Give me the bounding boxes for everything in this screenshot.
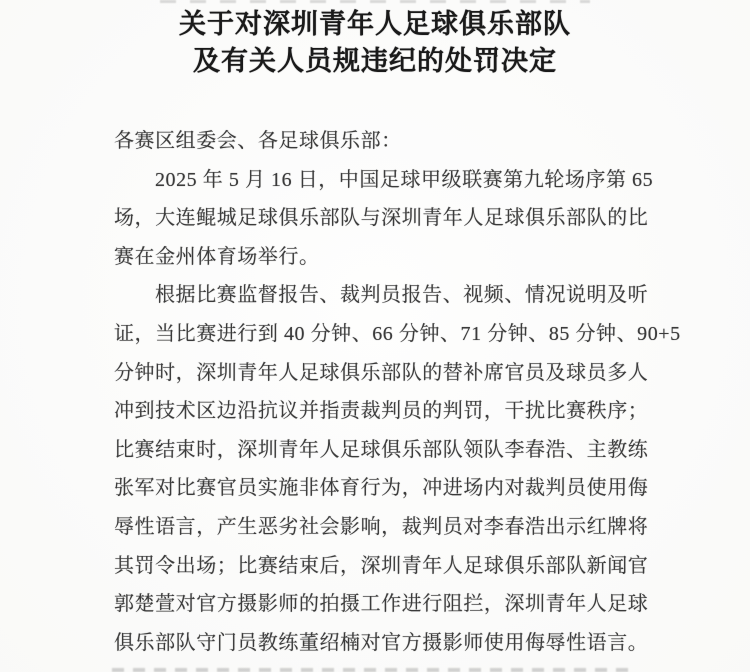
body-line: 分钟时，深圳青年人足球俱乐部队的替补席官员及球员多人 [114, 354, 654, 393]
body-line: 冲到技术区边沿抗议并指责裁判员的判罚，干扰比赛秩序； [114, 392, 654, 431]
body-line: 场，大连鲲城足球俱乐部队与深圳青年人足球俱乐部队的比 [114, 199, 654, 238]
body-line: 比赛结束时，深圳青年人足球俱乐部队领队李春浩、主教练 [114, 431, 654, 470]
body-line: 张军对比赛官员实施非体育行为，冲进场内对裁判员使用侮 [114, 469, 654, 508]
body-line: 辱性语言，产生恶劣社会影响，裁判员对李春浩出示红牌将 [114, 508, 654, 547]
document-body: 各赛区组委会、各足球俱乐部：2025 年 5 月 16 日，中国足球甲级联赛第九… [114, 122, 654, 662]
body-line: 根据比赛监督报告、裁判员报告、视频、情况说明及听 [114, 276, 654, 315]
document-title: 关于对深圳青年人足球俱乐部队 及有关人员规违纪的处罚决定 [0, 6, 750, 80]
scan-artifact-bottom [112, 668, 637, 672]
scan-artifact-top [160, 0, 590, 3]
body-line: 郭楚萱对官方摄影师的拍摄工作进行阻拦，深圳青年人足球 [114, 585, 654, 624]
body-line: 各赛区组委会、各足球俱乐部： [114, 122, 654, 161]
body-line: 俱乐部队守门员教练董绍楠对官方摄影师使用侮辱性语言。 [114, 624, 654, 663]
document-title-line-1: 关于对深圳青年人足球俱乐部队 [0, 6, 750, 43]
document-title-line-2: 及有关人员规违纪的处罚决定 [0, 43, 750, 80]
body-line: 2025 年 5 月 16 日，中国足球甲级联赛第九轮场序第 65 [114, 161, 654, 200]
body-line: 其罚令出场；比赛结束后，深圳青年人足球俱乐部队新闻官 [114, 547, 654, 586]
body-line: 赛在金州体育场举行。 [114, 238, 654, 277]
body-line: 证，当比赛进行到 40 分钟、66 分钟、71 分钟、85 分钟、90+5 [114, 315, 654, 354]
scanned-document-page: 关于对深圳青年人足球俱乐部队 及有关人员规违纪的处罚决定 各赛区组委会、各足球俱… [0, 0, 750, 672]
